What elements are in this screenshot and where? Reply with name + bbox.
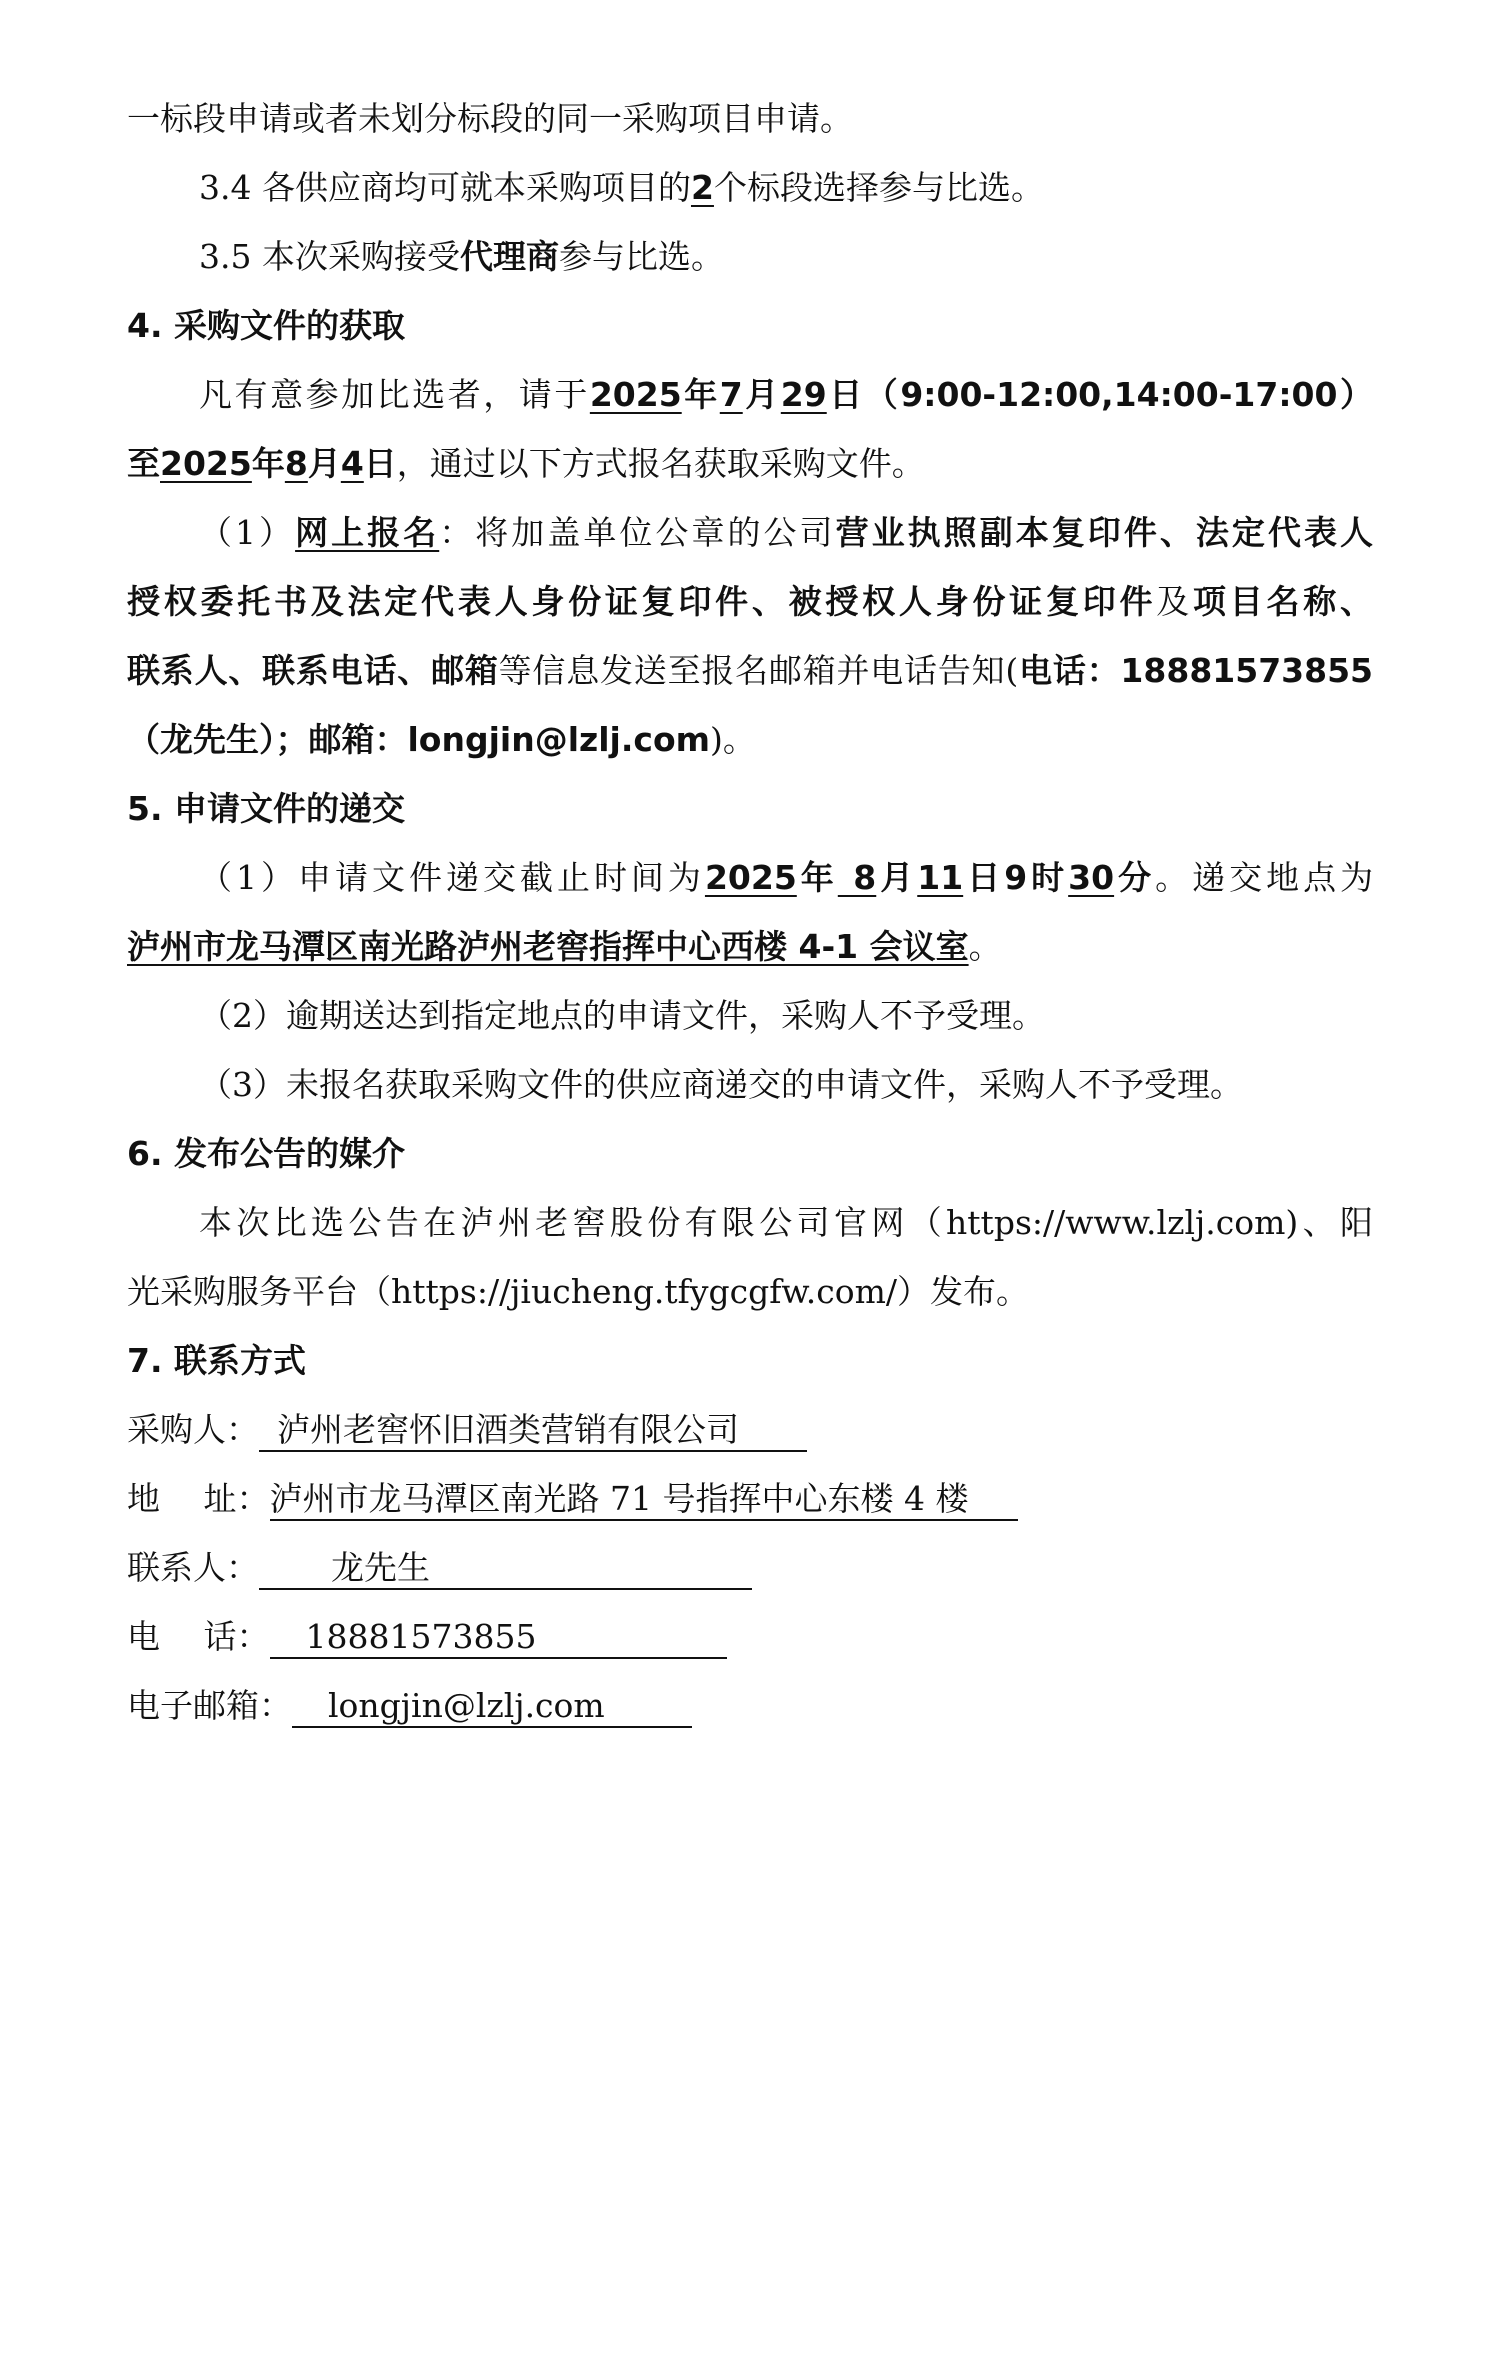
end-month: 8 [285,444,308,483]
start-year: 2025 [590,375,682,414]
section-5-item-2: （2）逾期送达到指定地点的申请文件，采购人不予受理。 [127,981,1373,1050]
contact-person: 联系人：龙先生 [127,1533,1373,1602]
online-registration-title: 网上报名 [295,513,439,552]
phone-value: 18881573855 [270,1617,537,1656]
colon: ： [439,513,475,552]
clause-text: 3.4 各供应商均可就本采购项目的 [199,168,691,207]
end-day: 4 [341,444,364,483]
item-number: （1） [199,513,295,552]
contact-label: 地 址： [127,1464,270,1533]
submission-location-line: 泸州市龙马潭区南光路泸州老窖指挥中心西楼 4-1 会议室。 [127,912,1373,981]
clause-text: 个标段选择参与比选。 [714,168,1044,207]
item-text: （1）申请文件递交截止时间为 [199,858,705,897]
contact-label: 联系人： [127,1533,259,1602]
deadline-month: 8 [838,858,876,897]
contact-field: 18881573855 [270,1617,727,1659]
para-text: 凡有意参加比选者，请于 [199,375,590,414]
agent-emphasis: 代理商 [460,237,559,276]
contact-address: 地 址：泸州市龙马潭区南光路 71 号指挥中心东楼 4 楼 [127,1464,1373,1533]
clause-3-4: 3.4 各供应商均可就本采购项目的2个标段选择参与比选。 [127,153,1373,222]
month-char: 月 [308,444,341,483]
clause-3-5: 3.5 本次采购接受代理商参与比选。 [127,222,1373,291]
contact-label: 采购人： [127,1395,259,1464]
contact-phone: 电话：18881573855 [1018,651,1373,690]
contact-email-row: 电子邮箱：longjin@lzlj.com [127,1671,1373,1740]
publication-media-text: 本次比选公告在泸州老窖股份有限公司官网（https://www.lzlj.com… [199,1203,1373,1242]
item-text: 。 [969,927,1002,966]
end-year: 2025 [160,444,252,483]
deadline-line: （1）申请文件递交截止时间为2025年 8月11日9时30分。递交地点为 [127,843,1373,912]
month-char: 月 [876,858,917,897]
section-6-line-2: 光采购服务平台（https://jiucheng.tfygcgfw.com/）发… [127,1257,1373,1326]
submission-location: 泸州市龙马潭区南光路泸州老窖指挥中心西楼 4-1 会议室 [127,927,969,966]
contact-label: 电 话： [127,1602,270,1671]
section-6-heading: 6. 发布公告的媒介 [127,1119,1373,1188]
required-info: 联系人、联系电话、邮箱 [127,651,499,690]
start-month: 7 [720,375,743,414]
deadline-minute: 30 [1068,858,1114,897]
section-6-line-1: 本次比选公告在泸州老窖股份有限公司官网（https://www.lzlj.com… [127,1188,1373,1257]
required-info: 项目名称、 [1193,582,1373,621]
section-4-heading: 4. 采购文件的获取 [127,291,1373,360]
clause-text: 3.5 本次采购接受 [199,237,460,276]
section-5-heading: 5. 申请文件的递交 [127,774,1373,843]
purchaser-value: 泸州老窖怀旧酒类营销有限公司 [259,1410,739,1449]
paragraph-text: 一标段申请或者未划分标段的同一采购项目申请。 [127,99,853,138]
required-docs: 营业执照副本复印件、法定代表人 [836,513,1373,552]
deadline-year: 2025 [705,858,797,897]
email-value: longjin@lzlj.com [292,1686,605,1725]
business-hours: （9:00-12:00,14:00-17:00） [865,375,1373,414]
contact-email: （龙先生）；邮箱：longjin@lzlj.com [127,720,710,759]
year-char: 年 [252,444,285,483]
item-text: 。递交地点为 [1155,858,1373,897]
start-day: 29 [781,375,827,414]
month-char: 月 [743,375,781,414]
day-char: 日 [963,858,1004,897]
contact-field: 泸州老窖怀旧酒类营销有限公司 [259,1410,807,1452]
contact-field: 龙先生 [259,1548,752,1590]
lot-count: 2 [691,168,714,207]
year-char: 年 [682,375,720,414]
day-char: 日 [827,375,865,414]
item-text: )。 [710,720,756,759]
day-char: 日 [364,444,397,483]
address-value: 泸州市龙马潭区南光路 71 号指挥中心东楼 4 楼 [270,1479,969,1518]
year-char: 年 [797,858,838,897]
deadline-hour: 9 [1004,858,1027,897]
section-4-para-line-1: 凡有意参加比选者，请于2025年7月29日（9:00-12:00,14:00-1… [127,360,1373,429]
continuation-line: 一标段申请或者未划分标段的同一采购项目申请。 [127,84,1373,153]
contact-label: 电子邮箱： [127,1671,292,1740]
online-registration-line-4: （龙先生）；邮箱：longjin@lzlj.com)。 [127,705,1373,774]
contact-field: 泸州市龙马潭区南光路 71 号指挥中心东楼 4 楼 [270,1479,1018,1521]
required-docs: 授权委托书及法定代表人身份证复印件、被授权人身份证复印件 [127,582,1156,621]
to-char: 至 [127,444,160,483]
item-text: 等信息发送至报名邮箱并电话告知( [499,651,1019,690]
contact-person-value: 龙先生 [259,1548,430,1587]
section-7-heading: 7. 联系方式 [127,1326,1373,1395]
section-5-item-3: （3）未报名获取采购文件的供应商递交的申请文件，采购人不予受理。 [127,1050,1373,1119]
contact-field: longjin@lzlj.com [292,1686,692,1728]
item-text: 将加盖单位公章的公司 [475,513,835,552]
section-4-para-line-2: 至2025年8月4日，通过以下方式报名获取采购文件。 [127,429,1373,498]
hour-char: 时 [1027,858,1068,897]
minute-char: 分 [1114,858,1155,897]
clause-text: 参与比选。 [559,237,724,276]
contact-phone-row: 电 话：18881573855 [127,1602,1373,1671]
online-registration-line-3: 联系人、联系电话、邮箱等信息发送至报名邮箱并电话告知(电话：1888157385… [127,636,1373,705]
online-registration-line-2: 授权委托书及法定代表人身份证复印件、被授权人身份证复印件及项目名称、 [127,567,1373,636]
document-page: 一标段申请或者未划分标段的同一采购项目申请。 3.4 各供应商均可就本采购项目的… [127,84,1373,1740]
item-text: 及 [1156,582,1193,621]
para-text: ，通过以下方式报名获取采购文件。 [397,444,925,483]
contact-purchaser: 采购人：泸州老窖怀旧酒类营销有限公司 [127,1395,1373,1464]
deadline-day: 11 [917,858,963,897]
online-registration-line-1: （1）网上报名：将加盖单位公章的公司营业执照副本复印件、法定代表人 [127,498,1373,567]
